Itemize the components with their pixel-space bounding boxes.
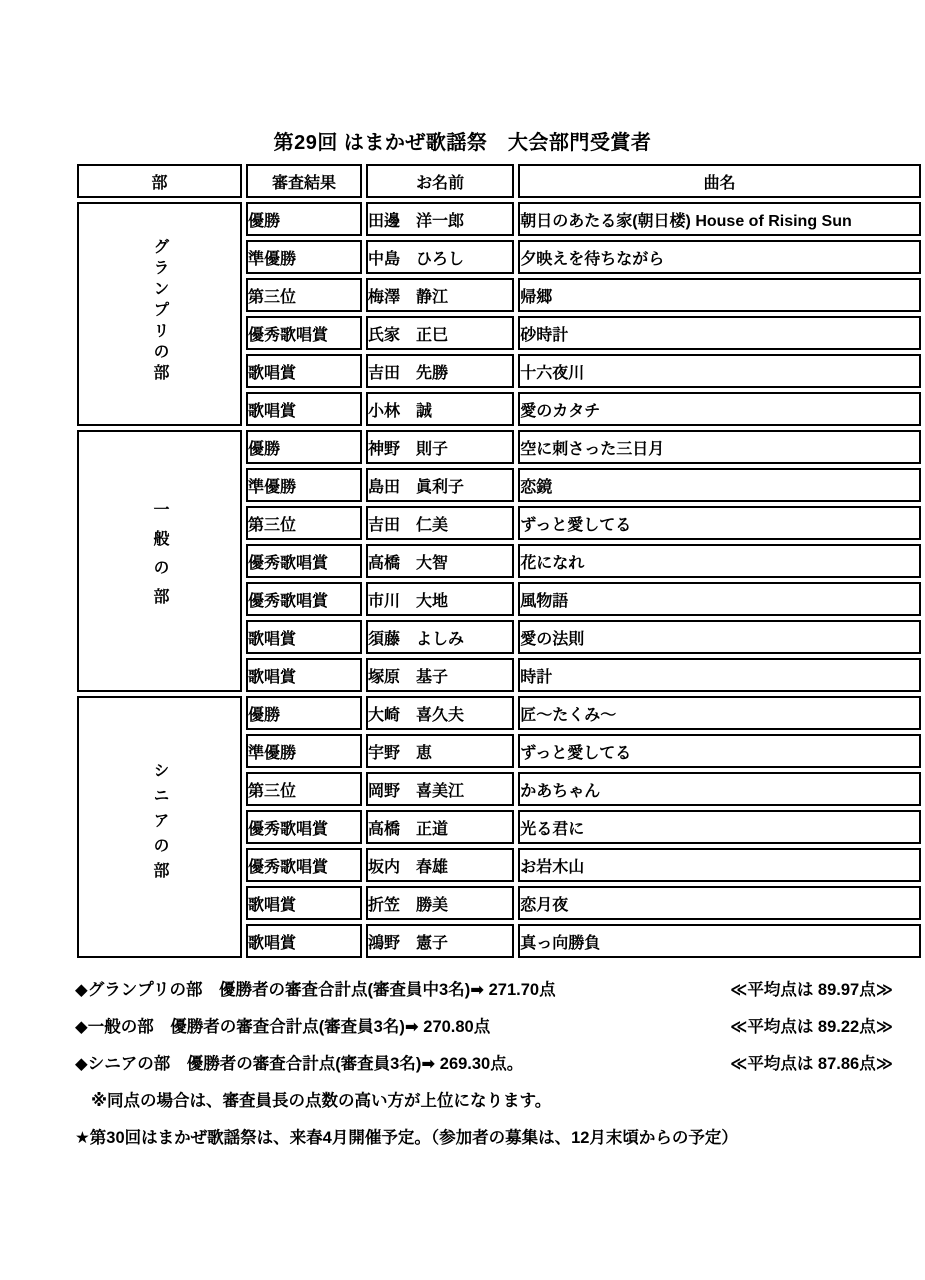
- result-cell: 歌唱賞: [246, 620, 362, 654]
- song-cell: 夕映えを待ちながら: [518, 240, 921, 274]
- song-cell: 帰郷: [518, 278, 921, 312]
- name-cell: 鴻野 憲子: [366, 924, 514, 958]
- section-label-general: 一般の部: [77, 430, 242, 692]
- name-cell: 島田 眞利子: [366, 468, 514, 502]
- name-cell: 宇野 恵: [366, 734, 514, 768]
- footer-notes: ◆グランプリの部 優勝者の審査合計点(審査員中3名)➡ 271.70点 ≪平均点…: [75, 976, 893, 1148]
- result-cell: 歌唱賞: [246, 658, 362, 692]
- song-cell: 愛のカタチ: [518, 392, 921, 426]
- score-note-text: ◆シニアの部 優勝者の審査合計点(審査員3名)➡ 269.30点。: [75, 1050, 523, 1074]
- result-cell: 第三位: [246, 772, 362, 806]
- name-cell: 高橋 大智: [366, 544, 514, 578]
- result-cell: 優秀歌唱賞: [246, 316, 362, 350]
- page-title: 第29回 はまかぜ歌謡祭 大会部門受賞者: [0, 126, 925, 155]
- name-cell: 氏家 正巳: [366, 316, 514, 350]
- song-cell: 恋鏡: [518, 468, 921, 502]
- song-cell: 真っ向勝負: [518, 924, 921, 958]
- award-row: シニアの部 優勝 大崎 喜久夫 匠～たくみ～: [77, 696, 921, 730]
- result-cell: 優秀歌唱賞: [246, 582, 362, 616]
- result-cell: 準優勝: [246, 734, 362, 768]
- score-note-granprix: ◆グランプリの部 優勝者の審査合計点(審査員中3名)➡ 271.70点 ≪平均点…: [75, 976, 893, 1000]
- column-header-result: 審査結果: [246, 164, 362, 198]
- column-header-song: 曲名: [518, 164, 921, 198]
- result-cell: 優秀歌唱賞: [246, 810, 362, 844]
- result-cell: 歌唱賞: [246, 924, 362, 958]
- song-cell: 恋月夜: [518, 886, 921, 920]
- name-cell: 吉田 先勝: [366, 354, 514, 388]
- song-cell: 匠～たくみ～: [518, 696, 921, 730]
- song-cell: 花になれ: [518, 544, 921, 578]
- song-cell: 砂時計: [518, 316, 921, 350]
- result-cell: 優勝: [246, 202, 362, 236]
- section-label-granprix: グランプリの部: [77, 202, 242, 426]
- name-cell: 塚原 基子: [366, 658, 514, 692]
- result-cell: 歌唱賞: [246, 354, 362, 388]
- score-note-general: ◆一般の部 優勝者の審査合計点(審査員3名)➡ 270.80点 ≪平均点は 89…: [75, 1013, 893, 1037]
- name-cell: 市川 大地: [366, 582, 514, 616]
- name-cell: 高橋 正道: [366, 810, 514, 844]
- next-event-note: ★第30回はまかぜ歌謡祭は、来春4月開催予定。（参加者の募集は、12月末頃からの…: [75, 1124, 893, 1148]
- result-cell: 優勝: [246, 696, 362, 730]
- song-cell: ずっと愛してる: [518, 734, 921, 768]
- name-cell: 神野 則子: [366, 430, 514, 464]
- name-cell: 中島 ひろし: [366, 240, 514, 274]
- award-row: 一般の部 優勝 神野 則子 空に刺さった三日月: [77, 430, 921, 464]
- song-cell: 空に刺さった三日月: [518, 430, 921, 464]
- document-page: 第29回 はまかぜ歌謡祭 大会部門受賞者 部 審査結果 お名前 曲名 グランプリ…: [0, 0, 925, 1280]
- section-label-text: シニアの部: [148, 762, 171, 887]
- result-cell: 歌唱賞: [246, 886, 362, 920]
- result-cell: 準優勝: [246, 468, 362, 502]
- name-cell: 坂内 春雄: [366, 848, 514, 882]
- result-cell: 第三位: [246, 278, 362, 312]
- name-cell: 吉田 仁美: [366, 506, 514, 540]
- section-label-senior: シニアの部: [77, 696, 242, 958]
- score-note-senior: ◆シニアの部 優勝者の審査合計点(審査員3名)➡ 269.30点。 ≪平均点は …: [75, 1050, 893, 1074]
- column-header-section: 部: [77, 164, 242, 198]
- name-cell: 須藤 よしみ: [366, 620, 514, 654]
- song-cell: 十六夜川: [518, 354, 921, 388]
- song-cell: かあちゃん: [518, 772, 921, 806]
- result-cell: 優秀歌唱賞: [246, 848, 362, 882]
- song-cell: 愛の法則: [518, 620, 921, 654]
- result-cell: 歌唱賞: [246, 392, 362, 426]
- song-cell: 光る君に: [518, 810, 921, 844]
- result-cell: 優秀歌唱賞: [246, 544, 362, 578]
- section-label-text: グランプリの部: [148, 238, 171, 385]
- name-cell: 小林 誠: [366, 392, 514, 426]
- song-cell: 風物語: [518, 582, 921, 616]
- average-score: ≪平均点は 89.97点≫: [730, 976, 893, 1000]
- name-cell: 梅澤 静江: [366, 278, 514, 312]
- awards-table: 部 審査結果 お名前 曲名 グランプリの部 優勝 田邊 洋一郎 朝日のあたる家(…: [73, 160, 925, 962]
- song-cell: お岩木山: [518, 848, 921, 882]
- score-note-text: ◆一般の部 優勝者の審査合計点(審査員3名)➡ 270.80点: [75, 1013, 490, 1037]
- song-cell: ずっと愛してる: [518, 506, 921, 540]
- result-cell: 第三位: [246, 506, 362, 540]
- score-note-text: ◆グランプリの部 優勝者の審査合計点(審査員中3名)➡ 271.70点: [75, 976, 556, 1000]
- average-score: ≪平均点は 87.86点≫: [730, 1050, 893, 1074]
- award-row: グランプリの部 優勝 田邊 洋一郎 朝日のあたる家(朝日楼) House of …: [77, 202, 921, 236]
- name-cell: 岡野 喜美江: [366, 772, 514, 806]
- name-cell: 折笠 勝美: [366, 886, 514, 920]
- section-label-text: 一般の部: [148, 501, 171, 617]
- column-header-name: お名前: [366, 164, 514, 198]
- header-row: 部 審査結果 お名前 曲名: [77, 164, 921, 198]
- average-score: ≪平均点は 89.22点≫: [730, 1013, 893, 1037]
- result-cell: 準優勝: [246, 240, 362, 274]
- name-cell: 大崎 喜久夫: [366, 696, 514, 730]
- song-cell: 朝日のあたる家(朝日楼) House of Rising Sun: [518, 202, 921, 236]
- result-cell: 優勝: [246, 430, 362, 464]
- name-cell: 田邊 洋一郎: [366, 202, 514, 236]
- song-cell: 時計: [518, 658, 921, 692]
- tie-break-note: ※同点の場合は、審査員長の点数の高い方が上位になります。: [75, 1087, 893, 1111]
